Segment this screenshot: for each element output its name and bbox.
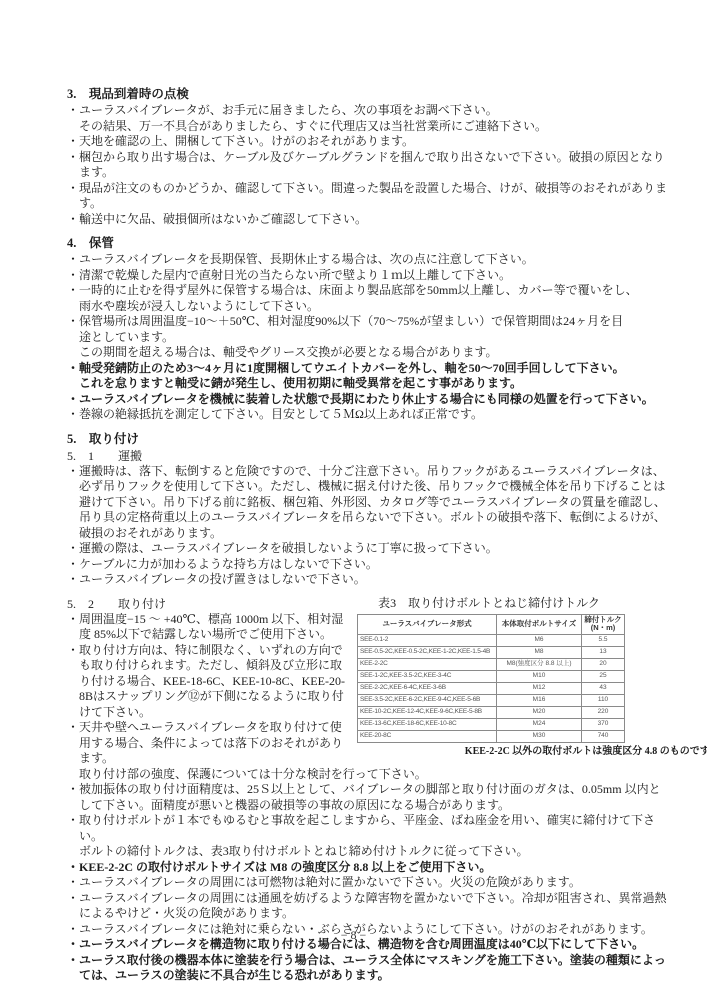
- cell-bolt: M8: [497, 646, 582, 658]
- cell-bolt: M16: [497, 694, 582, 706]
- cell-bolt: M20: [497, 706, 582, 718]
- bullet: ・運搬の際は、ユーラスバイブレータを破損しないように丁寧に扱って下さい。: [67, 541, 669, 557]
- table-row: SEE-0.1-2 M6 5.5: [358, 634, 625, 646]
- section5-2-remaining: 取り付け部の強度、保護については十分な検討を行って下さい。 ・被加振体の取り付け…: [67, 767, 669, 984]
- bullet: ・現品が注文のものかどうか、確認して下さい。間違った製品を設置した場合、けが、破…: [67, 181, 669, 212]
- torque-table: ユーラスバイブレータ形式 本体取付ボルトサイズ 締付トルク (N・m) SEE-…: [357, 614, 625, 743]
- section-storage: 4. 保管 ・ユーラスバイブレータを長期保管、長期休止する場合は、次の点に注意し…: [67, 235, 669, 423]
- page-number: − 8 −: [0, 928, 707, 943]
- bullet: ・天井や壁へユーラスバイブレータを取り付けて使用する場合、条件によっては落下のお…: [67, 720, 353, 767]
- cell-bolt: M30: [497, 730, 582, 742]
- bullet: ・巻線の絶縁抵抗を測定して下さい。目安として５ＭΩ以上あれば正常です。: [67, 407, 669, 423]
- cell-models: SEE-0.5-2C,KEE-0.5-2C,KEE-1-2C,KEE-1.5-4…: [358, 646, 497, 658]
- bullet: ・清潔で乾燥した屋内で直射日光の当たらない所で壁より１ｍ以上離して下さい。: [67, 268, 669, 284]
- table-row: KEE-10-2C,KEE-12-4C,KEE-9-6C,KEE-5-8B M2…: [358, 706, 625, 718]
- cell-bolt: M12: [497, 682, 582, 694]
- bullet: ・ユーラスバイブレータが、お手元に届きましたら、次の事項をお調べ下さい。 その結…: [67, 103, 669, 134]
- table-row: SEE-1-2C,KEE-3.5-2C,KEE-3-4C M10 25: [358, 670, 625, 682]
- bullet-warning: ・軸受発錆防止のため3〜4ヶ月に1度開梱してウエイトカバーを外し、軸を50〜70…: [67, 361, 669, 392]
- cell-torque: 20: [582, 658, 625, 670]
- table-row: SEE-3.5-2C,KEE-6-2C,KEE-9-4C,KEE-5-6B M1…: [358, 694, 625, 706]
- table-row: KEE-13-6C,KEE-18-6C,KEE-10-8C M24 370: [358, 718, 625, 730]
- table-row: KEE-20-8C M30 740: [358, 730, 625, 742]
- bullet-warning: ・KEE-2-2C の取付けボルトサイズは M8 の強度区分 8.8 以上をご使…: [67, 860, 669, 876]
- table-row: KEE-2-2C M8(強度区分 8.8 以上) 20: [358, 658, 625, 670]
- cell-bolt: M24: [497, 718, 582, 730]
- section5-2-columns: 5. 2 取り付け ・周囲温度−15 〜 +40℃、標高 1000m 以下、相対…: [67, 596, 669, 767]
- bullet: ・運搬時は、落下、転倒すると危険ですので、十分ご注意下さい。吊りフックがあるユー…: [67, 464, 669, 542]
- bullet: ・ユーラスバイブレータを長期保管、長期休止する場合は、次の点に注意して下さい。: [67, 252, 669, 268]
- manual-page: 3. 現品到着時の点検 ・ユーラスバイブレータが、お手元に届きましたら、次の事項…: [0, 0, 707, 1000]
- cell-torque: 370: [582, 718, 625, 730]
- cell-bolt: M10: [497, 670, 582, 682]
- section5-2-heading: 5. 2 取り付け: [67, 596, 353, 612]
- cell-torque: 13: [582, 646, 625, 658]
- cell-torque: 740: [582, 730, 625, 742]
- section-installation: 5. 取り付け 5. 1 運搬 ・運搬時は、落下、転倒すると危険ですので、十分ご…: [67, 431, 669, 588]
- bullet: ・周囲温度−15 〜 +40℃、標高 1000m 以下、相対湿度 85%以下で結…: [67, 612, 353, 643]
- section5-2-text-column: 5. 2 取り付け ・周囲温度−15 〜 +40℃、標高 1000m 以下、相対…: [67, 596, 353, 767]
- torque-table-block: 表3 取り付けボルトとねじ締付けトルク ユーラスバイブレータ形式 本体取付ボルト…: [357, 596, 669, 758]
- bullet: ・ケーブルに力が加わるような持ち方はしないで下さい。: [67, 557, 669, 573]
- cell-models: KEE-10-2C,KEE-12-4C,KEE-9-6C,KEE-5-8B: [358, 706, 497, 718]
- cell-models: SEE-3.5-2C,KEE-6-2C,KEE-9-4C,KEE-5-6B: [358, 694, 497, 706]
- col-header-bolt-size: 本体取付ボルトサイズ: [497, 614, 582, 634]
- cell-bolt: M8(強度区分 8.8 以上): [497, 658, 582, 670]
- bullet: ・輸送中に欠品、破損個所はないかご確認して下さい。: [67, 212, 669, 228]
- cell-torque: 43: [582, 682, 625, 694]
- bullet: ・一時的に止むを得ず屋外に保管する場合は、床面より製品底部を50mm以上離し、カ…: [67, 283, 669, 314]
- cell-torque: 25: [582, 670, 625, 682]
- table-header-row: ユーラスバイブレータ形式 本体取付ボルトサイズ 締付トルク (N・m): [358, 614, 625, 634]
- cell-torque: 5.5: [582, 634, 625, 646]
- section3-heading: 3. 現品到着時の点検: [67, 86, 669, 102]
- bullet: ・被加振体の取り付け面精度は、25Ｓ以上として、バイブレータの脚部と取り付け面の…: [67, 782, 669, 813]
- continuation-line: 取り付け部の強度、保護については十分な検討を行って下さい。: [67, 767, 669, 783]
- section5-heading: 5. 取り付け: [67, 431, 669, 447]
- cell-bolt: M6: [497, 634, 582, 646]
- section-arrival-inspection: 3. 現品到着時の点検 ・ユーラスバイブレータが、お手元に届きましたら、次の事項…: [67, 86, 669, 227]
- table3-title: 表3 取り付けボルトとねじ締付けトルク: [357, 596, 621, 611]
- bullet-warning: ・ユーラス取付後の機器本体に塗装を行う場合は、ユーラス全体にマスキングを施工下さ…: [67, 953, 669, 984]
- cell-models: SEE-0.1-2: [358, 634, 497, 646]
- cell-models: KEE-20-8C: [358, 730, 497, 742]
- cell-models: KEE-13-6C,KEE-18-6C,KEE-10-8C: [358, 718, 497, 730]
- bullet: ・保管場所は周囲温度−10〜＋50℃、相対湿度90%以下（70〜75%が望ましい…: [67, 314, 669, 361]
- table-row: SEE-2-2C,KEE-6-4C,KEE-3-6B M12 43: [358, 682, 625, 694]
- col-header-model: ユーラスバイブレータ形式: [358, 614, 497, 634]
- col-header-torque: 締付トルク (N・m): [582, 614, 625, 634]
- bullet: ・ユーラスバイブレータの投げ置きはしないで下さい。: [67, 572, 669, 588]
- bullet: ・天地を確認の上、開梱して下さい。けがのおそれがあります。: [67, 134, 669, 150]
- cell-torque: 110: [582, 694, 625, 706]
- bullet: ・梱包から取り出す場合は、ケーブル及びケーブルグランドを掴んで取り出さないで下さ…: [67, 150, 669, 181]
- cell-models: SEE-1-2C,KEE-3.5-2C,KEE-3-4C: [358, 670, 497, 682]
- bullet-warning: ・ユーラスバイブレータを機械に装着した状態で長期にわたり休止する場合にも同様の処…: [67, 392, 669, 408]
- table-row: SEE-0.5-2C,KEE-0.5-2C,KEE-1-2C,KEE-1.5-4…: [358, 646, 625, 658]
- bullet: ・取り付け方向は、特に制限なく、いずれの方向でも取り付けられます。ただし、傾斜及…: [67, 643, 353, 721]
- bullet: ・取り付けボルトが１本でもゆるむと事故を起こしますから、平座金、ばね座金を用い、…: [67, 813, 669, 860]
- table3-footnote: KEE-2-2C 以外の取付ボルトは強度区分 4.8 のものです。: [357, 745, 707, 758]
- bullet: ・ユーラスバイブレータの周囲には可燃物は絶対に置かないで下さい。火災の危険があり…: [67, 875, 669, 891]
- cell-models: KEE-2-2C: [358, 658, 497, 670]
- bullet: ・ユーラスバイブレータの周囲には通風を妨げるような障害物を置かないで下さい。冷却…: [67, 891, 669, 922]
- section5-1-heading: 5. 1 運搬: [67, 448, 669, 464]
- cell-models: SEE-2-2C,KEE-6-4C,KEE-3-6B: [358, 682, 497, 694]
- section4-heading: 4. 保管: [67, 235, 669, 251]
- cell-torque: 220: [582, 706, 625, 718]
